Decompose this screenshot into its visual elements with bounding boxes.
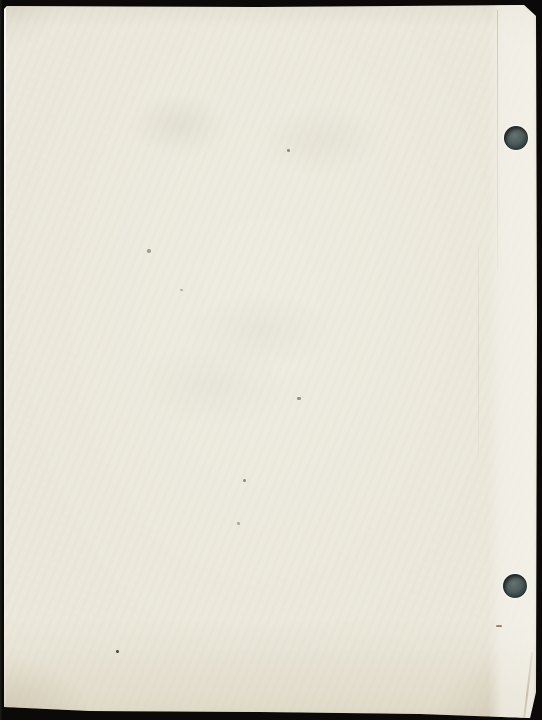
paper-speck [180, 289, 183, 291]
paper-speck [287, 149, 290, 152]
vertical-crease-middle [478, 245, 479, 460]
paper-top-left-corner-notch [4, 5, 7, 8]
paper-speck [297, 397, 301, 400]
diagonal-crease-bottom-right [523, 652, 534, 720]
paper-speck [496, 625, 502, 627]
paper-speck [243, 479, 246, 482]
paper-speck [147, 249, 151, 253]
paper-page [0, 0, 542, 720]
paper-speck [116, 650, 119, 653]
scanner-background [0, 0, 542, 720]
paper-speck [237, 522, 240, 525]
punch-hole-bottom [503, 574, 527, 598]
vertical-crease-upper [497, 10, 498, 270]
punch-hole-top [504, 126, 528, 150]
paper-left-edge-highlight [4, 8, 6, 704]
